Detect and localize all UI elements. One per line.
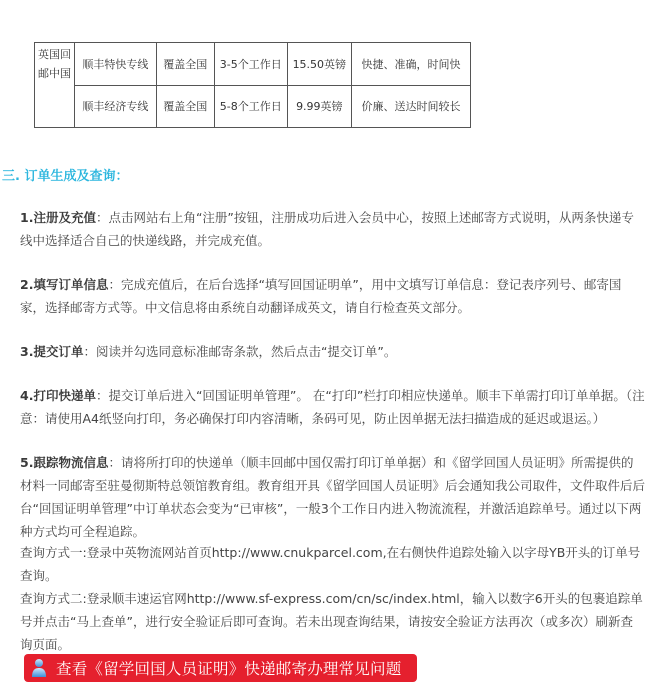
note-cell: 快捷、准确，时间快 — [352, 43, 471, 86]
step-label: 1.注册及充值 — [20, 210, 96, 225]
step-label: 5.跟踪物流信息 — [20, 455, 108, 470]
query-method-1: 查询方式一:登录中英物流网站首页http://www.cnukparcel.co… — [20, 541, 645, 587]
service-cell: 顺丰经济专线 — [75, 85, 157, 128]
coverage-cell: 覆盖全国 — [156, 43, 214, 86]
table-row: 英国回邮中国 顺丰特快专线 覆盖全国 3-5个工作日 15.50英镑 快捷、准确… — [35, 43, 471, 86]
step-print-label: 4.打印快递单：提交订单后进入“回国证明单管理”。 在“打印”栏打印相应快递单。… — [20, 384, 645, 430]
step-text: ：完成充值后，在后台选择“填写回国证明单”，用中文填写订单信息：登记表序列号、邮… — [20, 277, 621, 315]
table-row: 顺丰经济专线 覆盖全国 5-8个工作日 9.99英镑 价廉、送达时间较长 — [35, 85, 471, 128]
shipping-rates-table: 英国回邮中国 顺丰特快专线 覆盖全国 3-5个工作日 15.50英镑 快捷、准确… — [34, 42, 471, 128]
step-submit-order: 3.提交订单：阅读并勾选同意标准邮寄条款，然后点击“提交订单”。 — [20, 340, 645, 363]
step-text: ：阅读并勾选同意标准邮寄条款，然后点击“提交订单”。 — [83, 344, 396, 359]
step-text: ：提交订单后进入“回国证明单管理”。 在“打印”栏打印相应快递单。顺丰下单需打印… — [20, 388, 645, 426]
step-label: 3.提交订单 — [20, 344, 83, 359]
step-fill-order: 2.填写订单信息：完成充值后，在后台选择“填写回国证明单”，用中文填写订单信息：… — [20, 273, 645, 319]
note-cell: 价廉、送达时间较长 — [352, 85, 471, 128]
user-icon — [31, 658, 47, 678]
faq-banner-link[interactable]: 查看《留学回国人员证明》快递邮寄办理常见问题 — [24, 654, 417, 682]
delivery-time-cell: 3-5个工作日 — [214, 43, 287, 86]
coverage-cell: 覆盖全国 — [156, 85, 214, 128]
step-label: 4.打印快递单 — [20, 388, 96, 403]
service-cell: 顺丰特快专线 — [75, 43, 157, 86]
step-text: ：点击网站右上角“注册”按钮，注册成功后进入会员中心，按照上述邮寄方式说明，从两… — [20, 210, 634, 248]
delivery-time-cell: 5-8个工作日 — [214, 85, 287, 128]
section-title: 三. 订单生成及查询： — [2, 165, 128, 184]
step-track-shipment: 5.跟踪物流信息：请将所打印的快递单（顺丰回邮中国仅需打印订单单据）和《留学回国… — [20, 451, 645, 543]
region-cell: 英国回邮中国 — [35, 43, 75, 128]
faq-banner-label: 查看《留学回国人员证明》快递邮寄办理常见问题 — [56, 657, 401, 679]
price-cell: 15.50英镑 — [287, 43, 352, 86]
query-method-2: 查询方式二:登录顺丰速运官网http://www.sf-express.com/… — [20, 587, 645, 656]
price-cell: 9.99英镑 — [287, 85, 352, 128]
step-label: 2.填写订单信息 — [20, 277, 108, 292]
step-text: ：请将所打印的快递单（顺丰回邮中国仅需打印订单单据）和《留学回国人员证明》所需提… — [20, 455, 645, 539]
step-register: 1.注册及充值：点击网站右上角“注册”按钮，注册成功后进入会员中心，按照上述邮寄… — [20, 206, 645, 252]
